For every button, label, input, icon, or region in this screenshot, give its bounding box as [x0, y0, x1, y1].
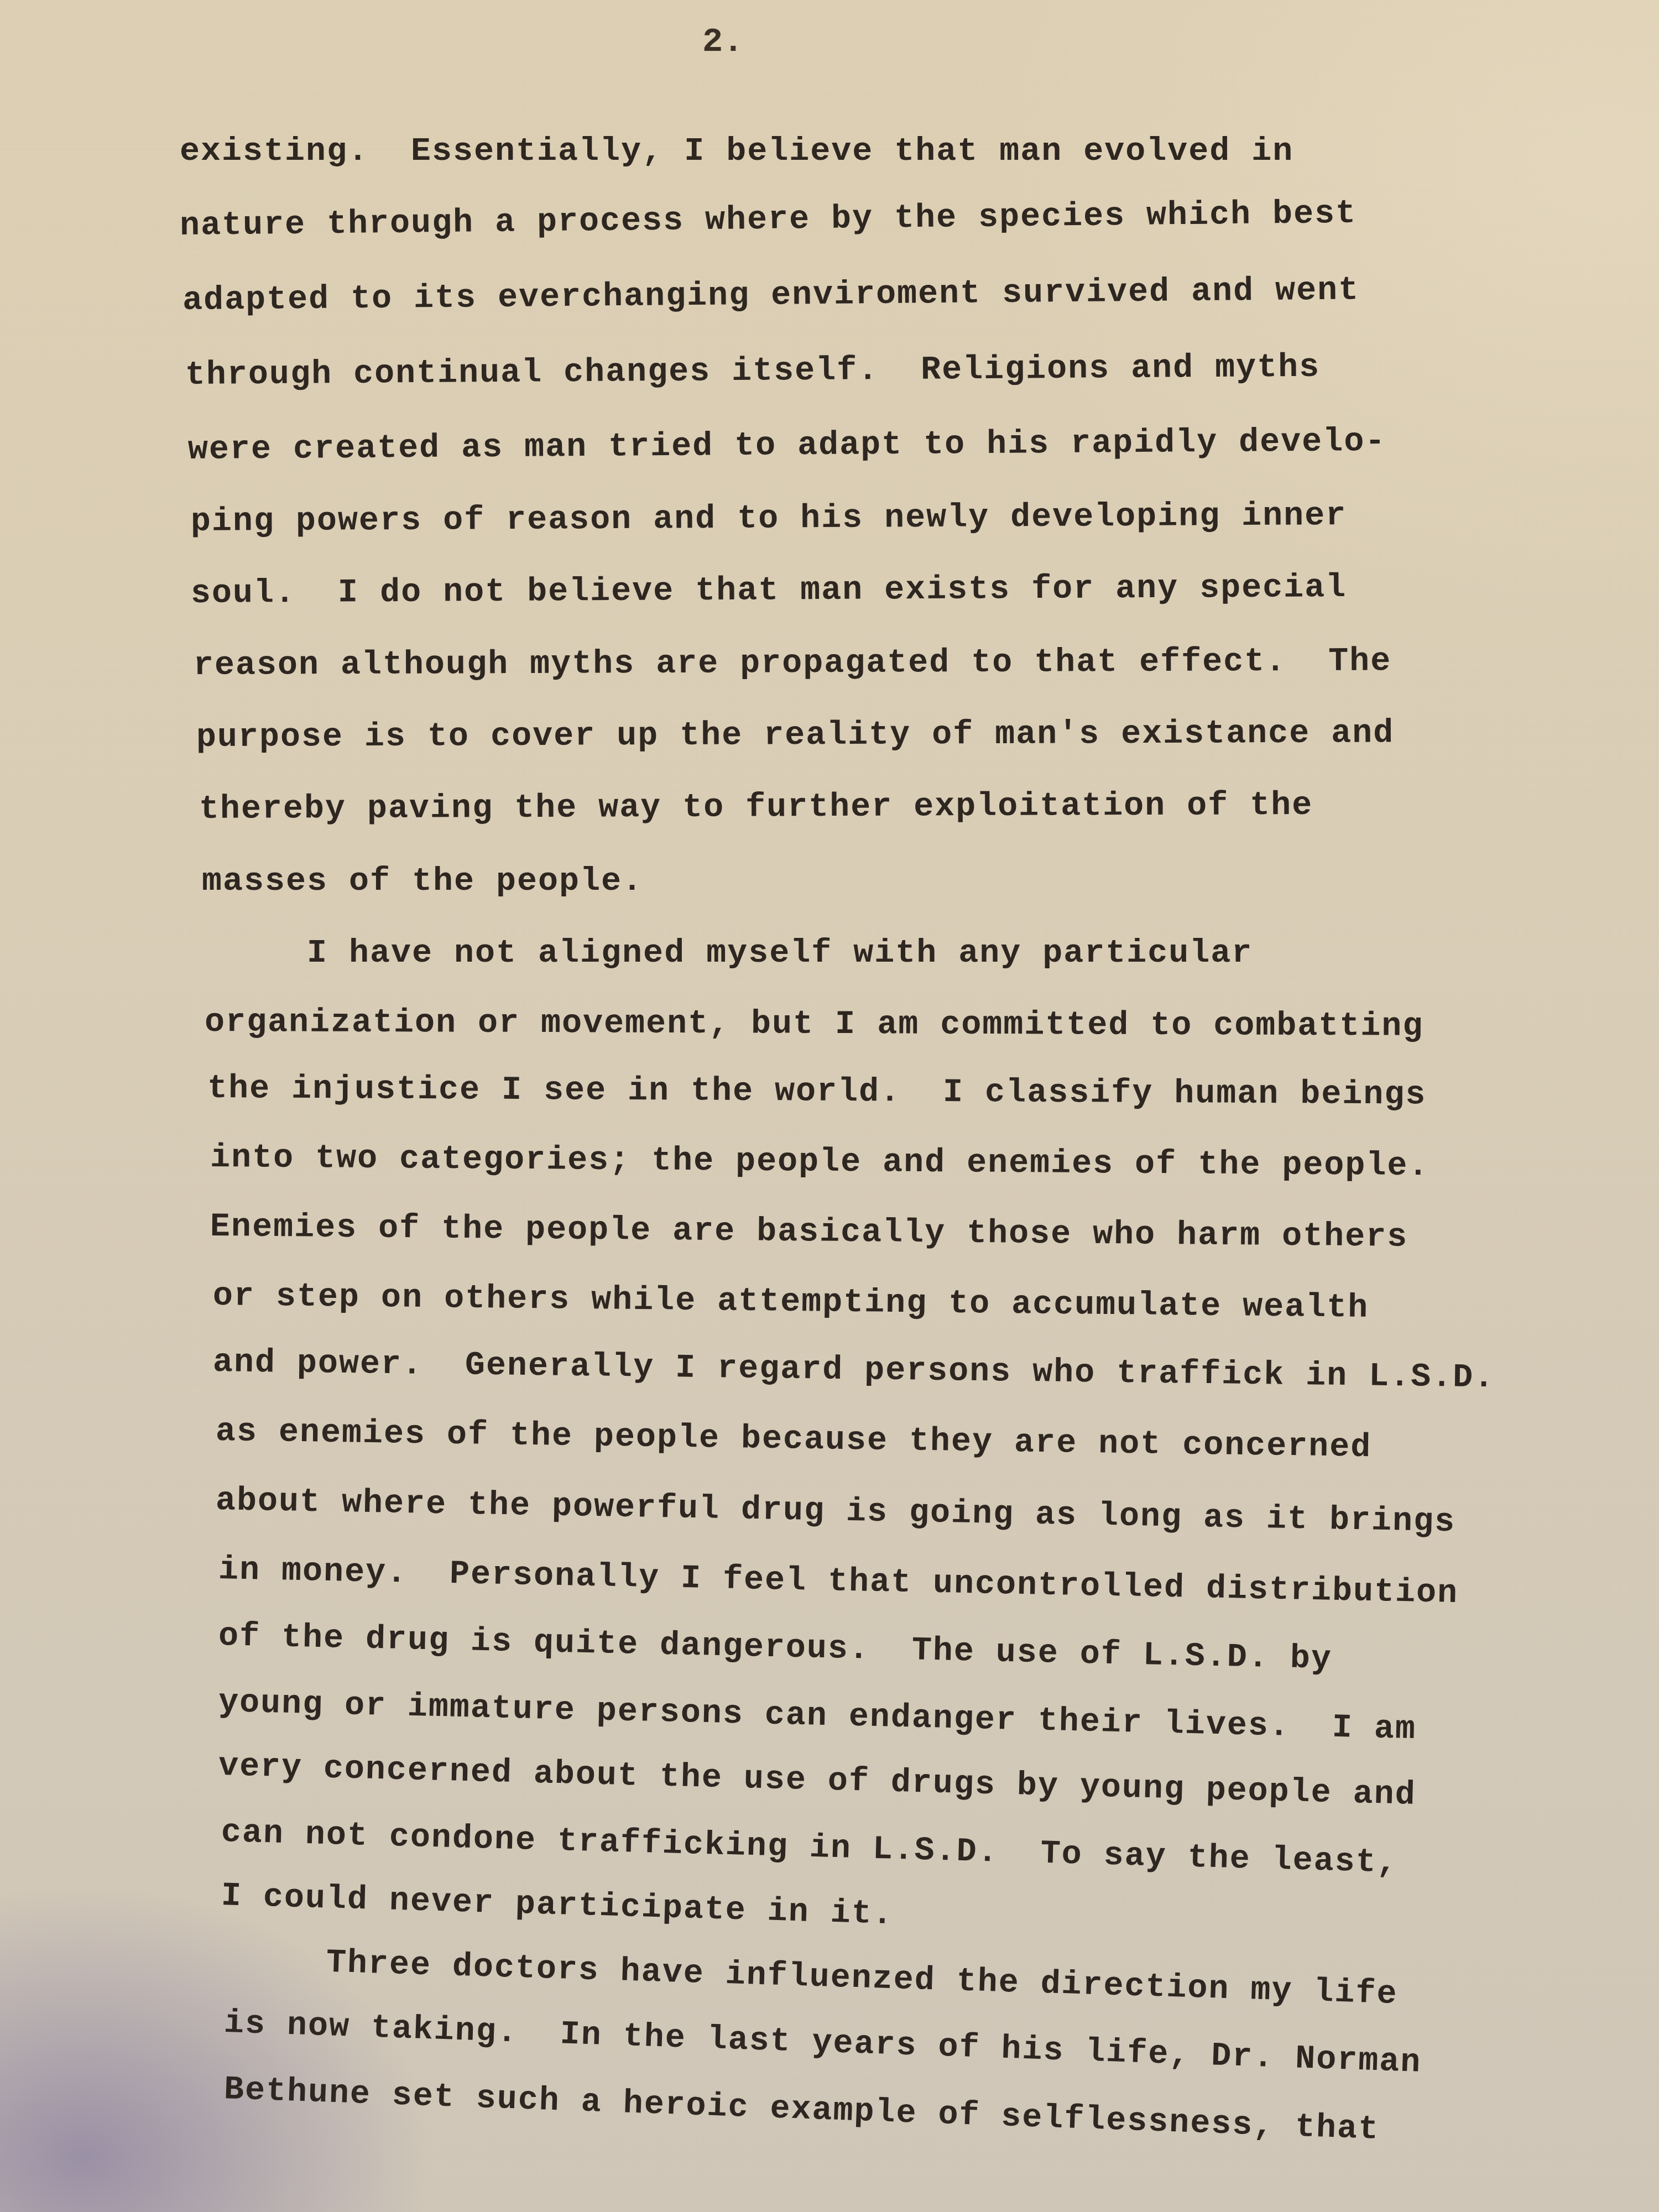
- text-line: purpose is to cover up the reality of ma…: [196, 714, 1395, 757]
- text-line: reason although myths are propagated to …: [194, 643, 1392, 685]
- text-line: ping powers of reason and to his newly d…: [191, 497, 1347, 541]
- text-line: existing. Essentially, I believe that ma…: [180, 133, 1293, 170]
- text-line: soul. I do not believe that man exists f…: [191, 569, 1347, 613]
- text-line: I have not aligned myself with any parti…: [202, 935, 1253, 972]
- text-line: through continual changes itself. Religi…: [185, 349, 1321, 394]
- text-line: thereby paving the way to further exploi…: [199, 787, 1313, 828]
- text-line: the injustice I see in the world. I clas…: [207, 1070, 1427, 1114]
- page-number: 2.: [702, 22, 743, 61]
- text-line: organization or movement, but I am commi…: [205, 1004, 1424, 1046]
- text-line: masses of the people.: [202, 863, 643, 900]
